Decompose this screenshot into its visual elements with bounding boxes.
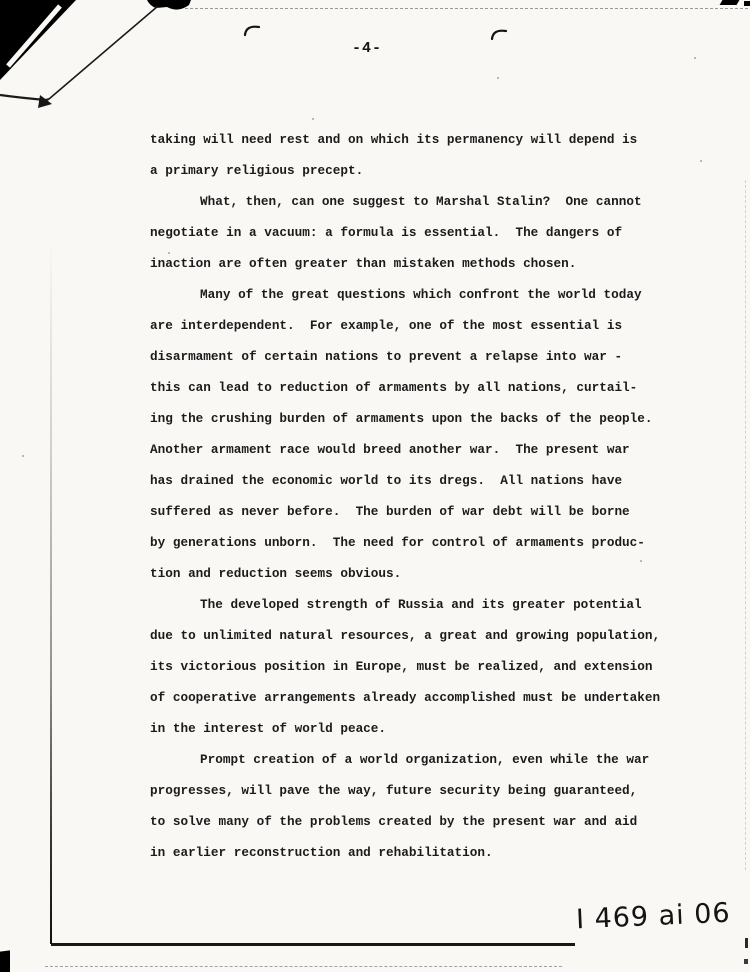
scan-mark-artifact <box>744 1 750 6</box>
typed-line: progresses, will pave the way, future se… <box>150 775 660 806</box>
curl-mark-icon <box>490 26 508 42</box>
handwritten-annotation: I 469 ai 06 <box>575 898 731 936</box>
typed-line: by generations unborn. The need for cont… <box>150 527 660 558</box>
typed-line: suffered as never before. The burden of … <box>150 496 660 527</box>
scan-edge-dotted-bottom <box>45 966 562 967</box>
typed-line: this can lead to reduction of armaments … <box>150 372 660 403</box>
typed-line: tion and reduction seems obvious. <box>150 558 660 589</box>
typed-line: negotiate in a vacuum: a formula is esse… <box>150 217 660 248</box>
typed-line: ing the crushing burden of armaments upo… <box>150 403 660 434</box>
paragraph: Prompt creation of a world organization,… <box>150 744 660 868</box>
typed-line: Prompt creation of a world organization,… <box>150 744 660 775</box>
typed-line: What, then, can one suggest to Marshal S… <box>150 186 660 217</box>
typed-line: inaction are often greater than mistaken… <box>150 248 660 279</box>
typed-line: in the interest of world peace. <box>150 713 660 744</box>
scanned-page: -4- taking will need rest and on which i… <box>0 0 750 972</box>
typed-line: has drained the economic world to its dr… <box>150 465 660 496</box>
paragraph: taking will need rest and on which its p… <box>150 124 660 186</box>
typed-line: Another armament race would breed anothe… <box>150 434 660 465</box>
typed-line: Many of the great questions which confro… <box>150 279 660 310</box>
typed-line: in earlier reconstruction and rehabilita… <box>150 837 660 868</box>
scan-mark-artifact <box>744 959 748 964</box>
typed-line: a primary religious precept. <box>150 155 660 186</box>
scan-mark-artifact <box>720 0 740 5</box>
typed-line: are interdependent. For example, one of … <box>150 310 660 341</box>
typed-line: due to unlimited natural resources, a gr… <box>150 620 660 651</box>
paragraph: What, then, can one suggest to Marshal S… <box>150 186 660 279</box>
paragraph: The developed strength of Russia and its… <box>150 589 660 744</box>
typed-line: of cooperative arrangements already acco… <box>150 682 660 713</box>
paragraph: Many of the great questions which confro… <box>150 279 660 589</box>
paper-left-edge <box>50 240 52 944</box>
paper-right-edge <box>745 180 746 870</box>
typed-line: disarmament of certain nations to preven… <box>150 341 660 372</box>
page-number: -4- <box>352 40 382 57</box>
paper-bottom-edge <box>51 943 575 946</box>
typed-line: The developed strength of Russia and its… <box>150 589 660 620</box>
typed-line: to solve many of the problems created by… <box>150 806 660 837</box>
scan-mark-artifact <box>745 938 748 948</box>
typed-line: its victorious position in Europe, must … <box>150 651 660 682</box>
typed-text: taking will need rest and on which its p… <box>150 124 660 868</box>
curl-mark-icon <box>243 22 261 38</box>
typed-line: taking will need rest and on which its p… <box>150 124 660 155</box>
scan-edge-dotted-top <box>185 8 748 9</box>
scan-blob-artifact <box>0 950 10 972</box>
